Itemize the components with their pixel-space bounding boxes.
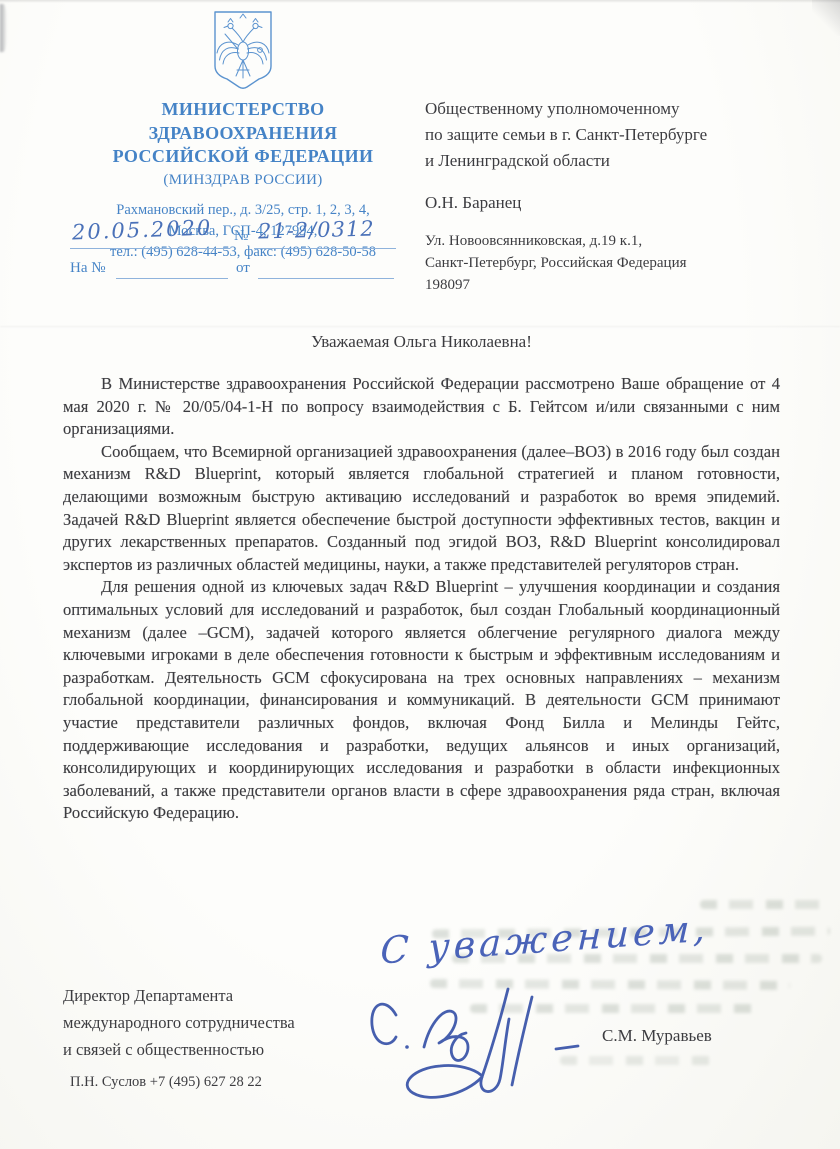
signer-title-line: международного сотрудничества <box>63 1009 295 1036</box>
scanned-letter-page: МИНИСТЕРСТВО ЗДРАВООХРАНЕНИЯ РОССИЙСКОЙ … <box>0 0 840 1149</box>
body-paragraph: Сообщаем, что Всемирной организацией здр… <box>63 441 780 577</box>
handwritten-outgoing-number: 21-2/0312 <box>258 216 375 243</box>
reply-from-label: от <box>236 260 250 277</box>
signature-autograph <box>362 985 592 1100</box>
recipient-address-line: 198097 <box>425 274 805 296</box>
ministry-name-line: ЗДРАВООХРАНЕНИЯ <box>60 122 426 146</box>
reference-block: 20.05.2020 № 21-2/0312 На № от <box>62 220 402 290</box>
handwritten-date: 20.05.2020 <box>72 216 213 245</box>
recipient-address-line: Ул. Новоовсянниковская, д.19 к.1, <box>425 230 805 252</box>
recipient-name: О.Н. Баранец <box>425 193 805 213</box>
recipient-block: Общественному уполномоченному по защите … <box>425 96 805 296</box>
scan-corner-mark <box>0 4 7 52</box>
ministry-name-line: МИНИСТЕРСТВО <box>60 98 426 122</box>
coat-of-arms-eagle-icon <box>211 10 275 92</box>
recipient-address: Ул. Новоовсянниковская, д.19 к.1, Санкт-… <box>425 230 805 296</box>
number-sign-label: № <box>234 228 248 245</box>
body-paragraph: В Министерстве здравоохранения Российско… <box>63 373 780 441</box>
recipient-organization: Общественному уполномоченному по защите … <box>425 96 805 174</box>
signer-title-line: Директор Департамента <box>63 982 295 1009</box>
reply-to-number-label: На № <box>70 260 106 277</box>
signer-title-line: и связей с общественностью <box>63 1036 295 1063</box>
ink-bleedthrough-line <box>700 900 830 909</box>
ministry-short-name: (МИНЗДРАВ РОССИИ) <box>60 172 426 189</box>
scan-corner-shade <box>812 0 840 36</box>
reply-number-underline <box>116 278 228 279</box>
signer-title: Директор Департамента международного сот… <box>63 982 295 1063</box>
reply-date-underline <box>258 278 394 279</box>
recipient-org-line: Общественному уполномоченному <box>425 96 805 122</box>
recipient-org-line: по защите семьи в г. Санкт-Петербурге <box>425 122 805 148</box>
salutation: Уважаемая Ольга Николаевна! <box>63 332 780 352</box>
signer-name: С.М. Муравьев <box>602 1026 712 1046</box>
recipient-address-line: Санкт-Петербург, Российская Федерация <box>425 252 805 274</box>
footer-contact: П.Н. Суслов +7 (495) 627 28 22 <box>70 1074 262 1091</box>
scan-edge-shadow <box>0 0 840 3</box>
body-paragraph: Для решения одной из ключевых задач R&D … <box>63 576 780 825</box>
letter-body: Уважаемая Ольга Николаевна! В Министерст… <box>63 332 780 825</box>
date-underline <box>70 248 230 249</box>
ministry-name-line: РОССИЙСКОЙ ФЕДЕРАЦИИ <box>60 145 426 169</box>
paper-crease <box>0 326 840 330</box>
recipient-org-line: и Ленинградской области <box>425 148 805 174</box>
number-underline <box>254 248 396 249</box>
